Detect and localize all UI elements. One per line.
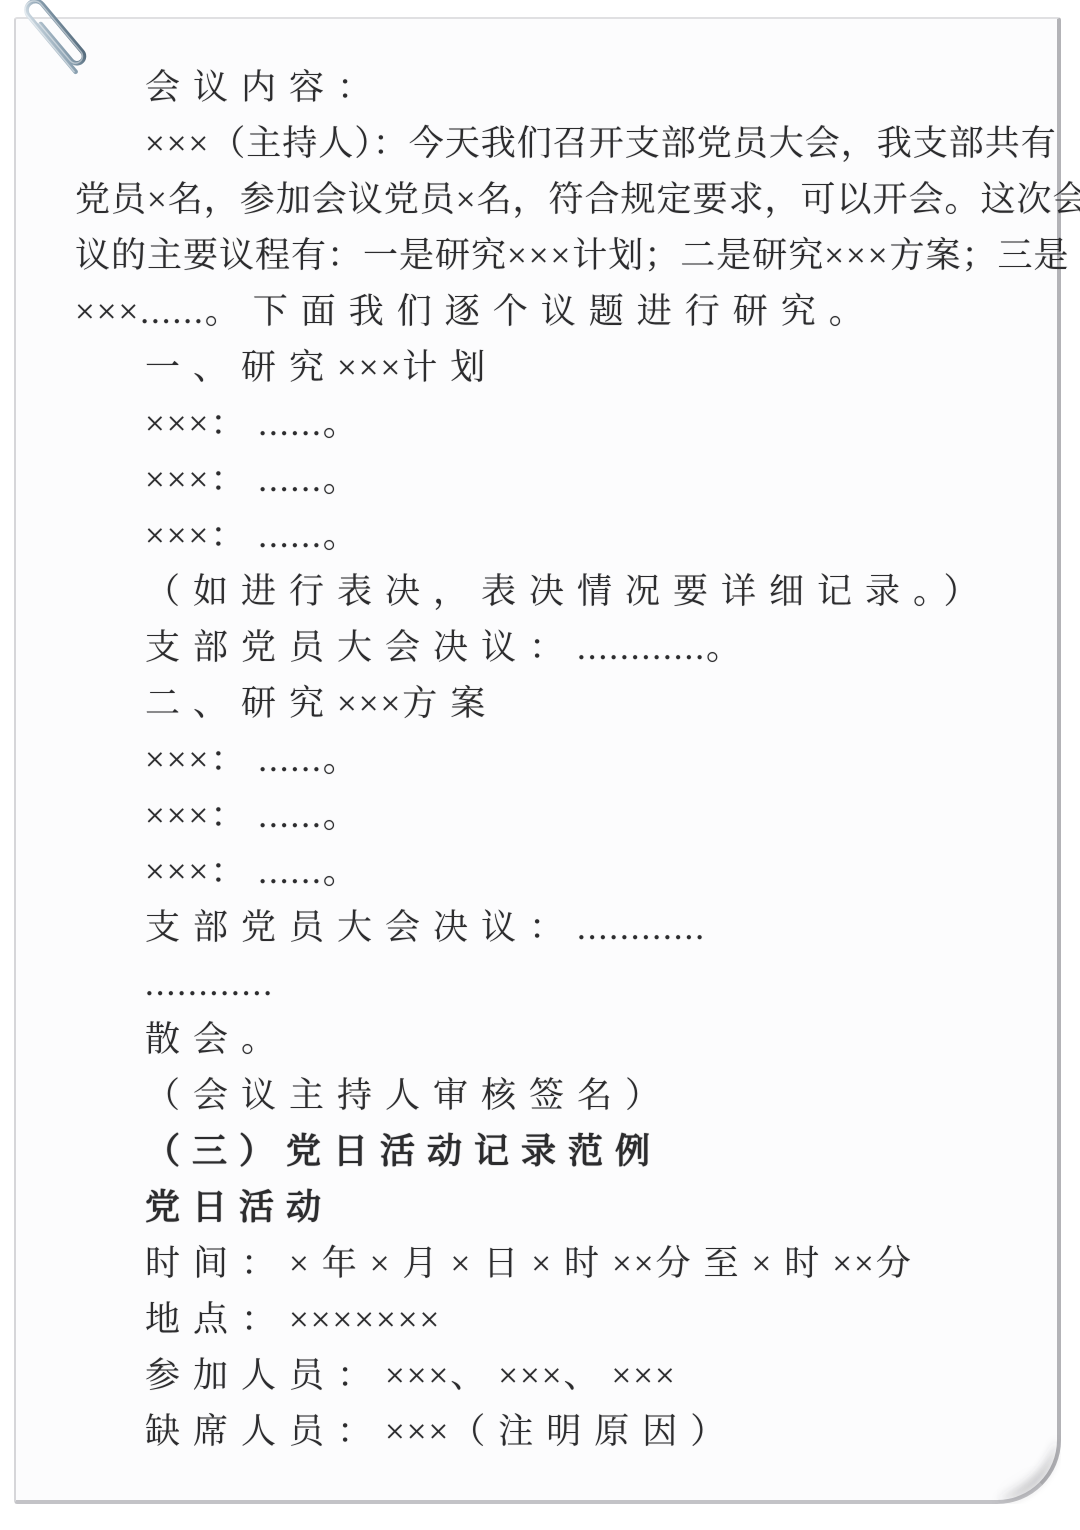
placeholder-run: ×××...... (75, 292, 205, 331)
placeholder-run: ××× (824, 236, 889, 275)
placeholder-run: ...... (258, 404, 323, 443)
doc-line: 党日活动 (75, 1180, 1053, 1236)
doc-line: （三）党日活动记录范例 (75, 1124, 1053, 1180)
placeholder-run: ...... (258, 460, 323, 499)
placeholder-run: ...... (258, 796, 323, 835)
placeholder-run: ...... (258, 516, 323, 555)
placeholder-run: ............ (577, 908, 706, 947)
placeholder-run: ×× (832, 1244, 875, 1283)
placeholder-run: ××× (337, 684, 402, 723)
placeholder-run: ××× (507, 236, 572, 275)
placeholder-run: ××× (337, 348, 402, 387)
doc-line: 一、研究×××计划 (75, 340, 1053, 396)
placeholder-run: ............ (145, 964, 274, 1003)
doc-line: 支部党员大会决议：............ (75, 900, 1053, 956)
placeholder-run: ...... (258, 740, 323, 779)
doc-line: 二、研究×××方案 (75, 676, 1053, 732)
photo-background: 会议内容：×××（主持人）：今天我们召开支部党员大会，我支部共有党员×名，参加会… (0, 0, 1080, 1530)
paper-sheet: 会议内容：×××（主持人）：今天我们召开支部党员大会，我支部共有党员×名，参加会… (14, 17, 1061, 1504)
doc-line: ×××......。下面我们逐个议题进行研究。 (75, 284, 1053, 340)
placeholder-run: ××× (385, 1356, 450, 1395)
placeholder-run: ××× (145, 852, 210, 891)
doc-line: 散会。 (75, 1012, 1053, 1068)
placeholder-run: ××× (385, 1412, 450, 1451)
doc-line: 缺席人员：×××（注明原因） (75, 1404, 1053, 1460)
doc-line: ×××：......。 (75, 396, 1053, 452)
doc-line: 参加人员：×××、×××、××× (75, 1348, 1053, 1404)
document-lines: 会议内容：×××（主持人）：今天我们召开支部党员大会，我支部共有党员×名，参加会… (75, 60, 1053, 1460)
doc-line: 地点：××××××× (75, 1292, 1053, 1348)
placeholder-run: ××× (498, 1356, 563, 1395)
placeholder-run: ××× (145, 740, 210, 779)
doc-line: ×××（主持人）：今天我们召开支部党员大会，我支部共有 (75, 116, 1053, 172)
doc-line: （会议主持人审核签名） (75, 1068, 1053, 1124)
placeholder-run: ............ (577, 628, 706, 667)
doc-line: 支部党员大会决议：............。 (75, 620, 1053, 676)
doc-line: （如进行表决，表决情况要详细记录。） (75, 564, 1053, 620)
placeholder-run: ××× (145, 796, 210, 835)
doc-line: 议的主要议程有：一是研究×××计划；二是研究×××方案；三是 (75, 228, 1053, 284)
placeholder-run: ××× (145, 516, 210, 555)
doc-line: 时间：×年×月×日×时××分至×时××分 (75, 1236, 1053, 1292)
doc-line: ............ (75, 956, 1053, 1012)
placeholder-run: ××× (145, 460, 210, 499)
placeholder-run: ...... (258, 852, 323, 891)
placeholder-run: ×× (612, 1244, 655, 1283)
doc-line: 会议内容： (75, 60, 1053, 116)
placeholder-run: ××××××× (289, 1300, 441, 1339)
placeholder-run: ××× (611, 1356, 676, 1395)
placeholder-run: ××× (145, 124, 210, 163)
doc-line: ×××：......。 (75, 788, 1053, 844)
doc-line: ×××：......。 (75, 844, 1053, 900)
doc-line: ×××：......。 (75, 508, 1053, 564)
doc-line: 党员×名，参加会议党员×名，符合规定要求，可以开会。这次会 (75, 172, 1053, 228)
doc-line: ×××：......。 (75, 452, 1053, 508)
placeholder-run: ××× (145, 404, 210, 443)
doc-line: ×××：......。 (75, 732, 1053, 788)
